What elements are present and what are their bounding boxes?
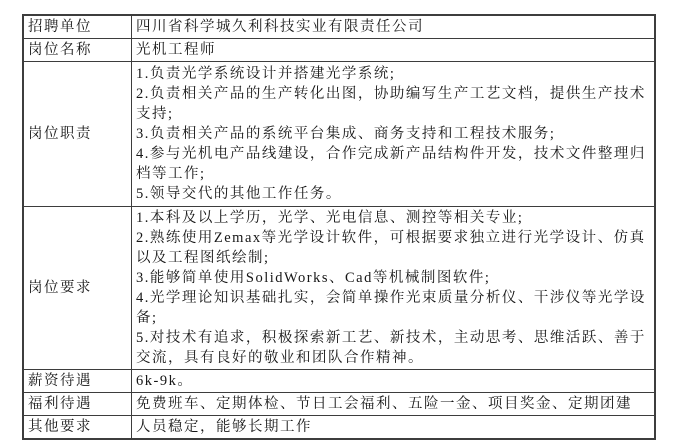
cell-job-requirements: 1.本科及以上学历，光学、光电信息、测控等相关专业; 2.熟练使用Zemax等光… [132, 207, 656, 370]
requirement-item: 1.本科及以上学历，光学、光电信息、测控等相关专业; [136, 208, 650, 228]
job-posting-table: 招聘单位 四川省科学城久利科技实业有限责任公司 岗位名称 光机工程师 岗位职责 … [22, 14, 656, 428]
table-row: 其他要求 人员稳定，能够长期工作 [23, 416, 655, 429]
row-label-benefits: 福利待遇 [23, 393, 132, 416]
cell-other-requirements: 人员稳定，能够长期工作 [132, 416, 656, 429]
table-row: 福利待遇 免费班车、定期体检、节日工会福利、五险一金、项目奖金、定期团建 [23, 393, 655, 416]
row-label-recruiting-unit: 招聘单位 [23, 15, 132, 39]
duty-item: 5.领导交代的其他工作任务。 [136, 184, 650, 204]
row-label-position-name: 岗位名称 [23, 39, 132, 62]
duty-item: 3.负责相关产品的系统平台集成、商务支持和工程技术服务; [136, 124, 650, 144]
table-row: 薪资待遇 6k-9k。 [23, 370, 655, 393]
cell-recruiting-unit: 四川省科学城久利科技实业有限责任公司 [132, 15, 656, 39]
requirement-item: 2.熟练使用Zemax等光学设计软件，可根据要求独立进行光学设计、仿真以及工程图… [136, 228, 650, 268]
table-row: 岗位名称 光机工程师 [23, 39, 655, 62]
cell-salary: 6k-9k。 [132, 370, 656, 393]
cell-position-name: 光机工程师 [132, 39, 656, 62]
table-row: 招聘单位 四川省科学城久利科技实业有限责任公司 [23, 15, 655, 39]
table-row: 岗位职责 1.负责光学系统设计并搭建光学系统; 2.负责相关产品的生产转化出图，… [23, 62, 655, 207]
table-row: 岗位要求 1.本科及以上学历，光学、光电信息、测控等相关专业; 2.熟练使用Ze… [23, 207, 655, 370]
row-label-other-requirements: 其他要求 [23, 416, 132, 429]
duty-item: 1.负责光学系统设计并搭建光学系统; [136, 64, 650, 84]
requirement-item: 3.能够简单使用SolidWorks、Cad等机械制图软件; [136, 268, 650, 288]
job-posting-document: 招聘单位 四川省科学城久利科技实业有限责任公司 岗位名称 光机工程师 岗位职责 … [22, 14, 656, 428]
duty-item: 4.参与光机电产品线建设，合作完成新产品结构件开发，技术文件整理归档等工作; [136, 144, 650, 184]
cell-job-duties: 1.负责光学系统设计并搭建光学系统; 2.负责相关产品的生产转化出图，协助编写生… [132, 62, 656, 207]
requirement-item: 5.对技术有追求，积极探索新工艺、新技术，主动思考、思维活跃、善于交流，具有良好… [136, 328, 650, 368]
cell-benefits: 免费班车、定期体检、节日工会福利、五险一金、项目奖金、定期团建 [132, 393, 656, 416]
row-label-job-duties: 岗位职责 [23, 62, 132, 207]
requirement-item: 4.光学理论知识基础扎实，会简单操作光束质量分析仪、干涉仪等光学设备; [136, 288, 650, 328]
row-label-salary: 薪资待遇 [23, 370, 132, 393]
row-label-job-requirements: 岗位要求 [23, 207, 132, 370]
duty-item: 2.负责相关产品的生产转化出图，协助编写生产工艺文档，提供生产技术支持; [136, 84, 650, 124]
